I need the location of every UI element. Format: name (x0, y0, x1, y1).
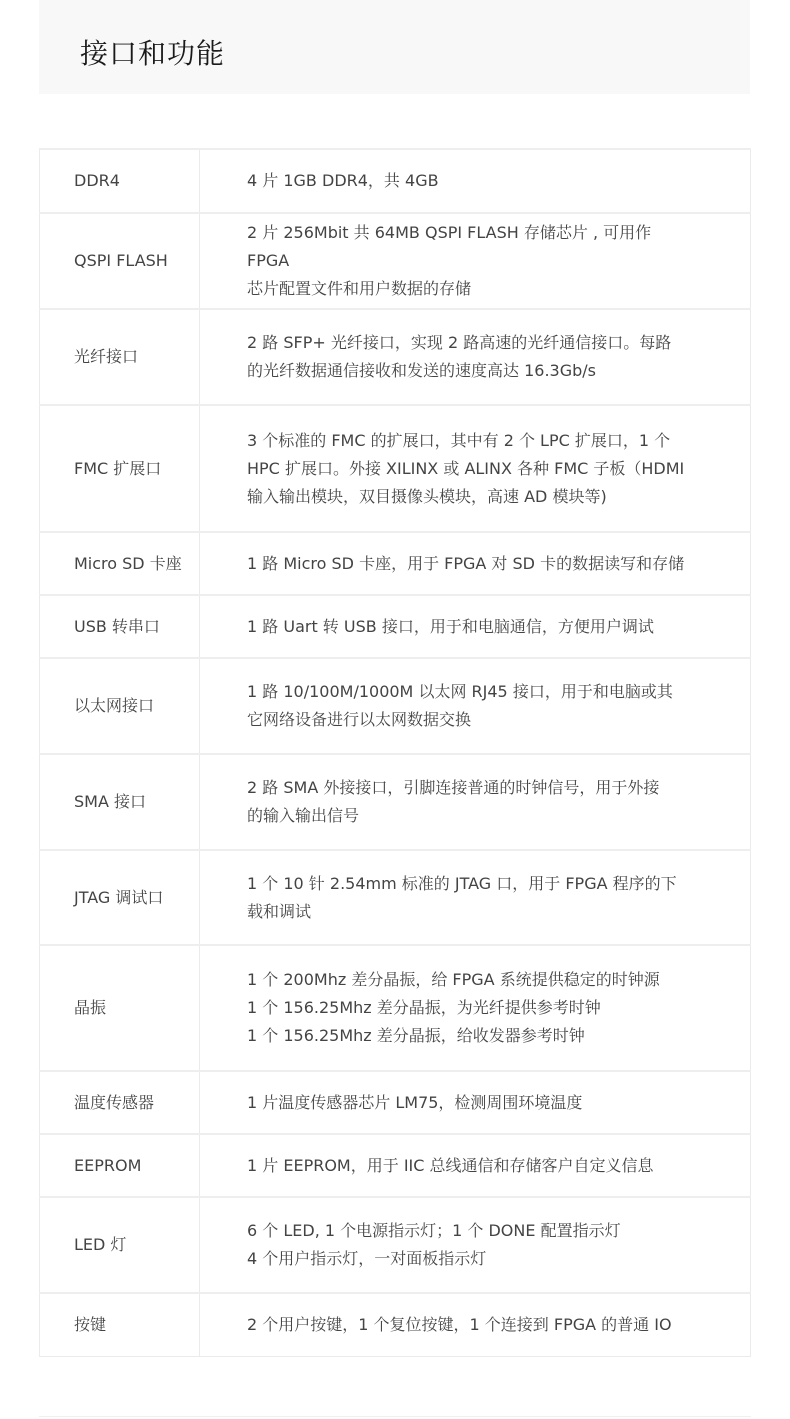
description-line: HPC 扩展口。外接 XILINX 或 ALINX 各种 FMC 子板（HDMI (247, 455, 690, 483)
row-label: USB 转串口 (40, 595, 200, 658)
row-label: Micro SD 卡座 (40, 532, 200, 595)
description-line: 2 个用户按键，1 个复位按键，1 个连接到 FPGA 的普通 IO (247, 1311, 690, 1339)
description-line: 1 路 Micro SD 卡座，用于 FPGA 对 SD 卡的数据读写和存储 (247, 550, 690, 578)
table-row: 晶振1 个 200Mhz 差分晶振，给 FPGA 系统提供稳定的时钟源1 个 1… (40, 945, 751, 1071)
description-line: 3 个标准的 FMC 的扩展口，其中有 2 个 LPC 扩展口，1 个 (247, 427, 690, 455)
description-line: 的光纤数据通信接收和发送的速度高达 16.3Gb/s (247, 357, 690, 385)
row-label: 按键 (40, 1293, 200, 1356)
description-line: 输入输出模块，双目摄像头模块，高速 AD 模块等) (247, 483, 690, 511)
description-line: 2 路 SFP+ 光纤接口，实现 2 路高速的光纤通信接口。每路 (247, 329, 690, 357)
table-row: EEPROM1 片 EEPROM，用于 IIC 总线通信和存储客户自定义信息 (40, 1134, 751, 1197)
row-description: 1 路 Micro SD 卡座，用于 FPGA 对 SD 卡的数据读写和存储 (200, 532, 751, 595)
description-line: 4 个用户指示灯，一对面板指示灯 (247, 1245, 690, 1273)
table-row: QSPI FLASH2 片 256Mbit 共 64MB QSPI FLASH … (40, 213, 751, 309)
row-description: 1 片温度传感器芯片 LM75，检测周围环境温度 (200, 1071, 751, 1134)
description-line: 1 个 156.25Mhz 差分晶振，给收发器参考时钟 (247, 1022, 690, 1050)
description-line: 1 片温度传感器芯片 LM75，检测周围环境温度 (247, 1089, 690, 1117)
table-row: 光纤接口2 路 SFP+ 光纤接口，实现 2 路高速的光纤通信接口。每路的光纤数… (40, 309, 751, 405)
description-line: 芯片配置文件和用户数据的存储 (247, 275, 690, 303)
row-label: QSPI FLASH (40, 213, 200, 309)
description-line: 4 片 1GB DDR4，共 4GB (247, 167, 690, 195)
row-description: 1 路 10/100M/1000M 以太网 RJ45 接口，用于和电脑或其它网络… (200, 658, 751, 754)
spec-table: DDR44 片 1GB DDR4，共 4GBQSPI FLASH2 片 256M… (39, 148, 751, 1357)
table-row: SMA 接口2 路 SMA 外接接口，引脚连接普通的时钟信号，用于外接的输入输出… (40, 754, 751, 850)
description-line: 1 个 156.25Mhz 差分晶振，为光纤提供参考时钟 (247, 994, 690, 1022)
section-header: 接口和功能 (39, 0, 750, 94)
row-label: EEPROM (40, 1134, 200, 1197)
row-description: 1 片 EEPROM，用于 IIC 总线通信和存储客户自定义信息 (200, 1134, 751, 1197)
description-line: 1 路 10/100M/1000M 以太网 RJ45 接口，用于和电脑或其 (247, 678, 690, 706)
description-line: 1 个 200Mhz 差分晶振，给 FPGA 系统提供稳定的时钟源 (247, 966, 690, 994)
description-line: 的输入输出信号 (247, 802, 690, 830)
table-row: Micro SD 卡座1 路 Micro SD 卡座，用于 FPGA 对 SD … (40, 532, 751, 595)
description-line: 6 个 LED, 1 个电源指示灯；1 个 DONE 配置指示灯 (247, 1217, 690, 1245)
table-row: USB 转串口1 路 Uart 转 USB 接口，用于和电脑通信，方便用户调试 (40, 595, 751, 658)
row-description: 2 片 256Mbit 共 64MB QSPI FLASH 存储芯片 , 可用作… (200, 213, 751, 309)
row-label: LED 灯 (40, 1197, 200, 1293)
row-label: JTAG 调试口 (40, 850, 200, 945)
description-line: 2 路 SMA 外接接口，引脚连接普通的时钟信号，用于外接 (247, 774, 690, 802)
row-label: 温度传感器 (40, 1071, 200, 1134)
row-description: 1 个 200Mhz 差分晶振，给 FPGA 系统提供稳定的时钟源1 个 156… (200, 945, 751, 1071)
table-row: 温度传感器1 片温度传感器芯片 LM75，检测周围环境温度 (40, 1071, 751, 1134)
row-description: 6 个 LED, 1 个电源指示灯；1 个 DONE 配置指示灯4 个用户指示灯… (200, 1197, 751, 1293)
row-description: 1 个 10 针 2.54mm 标准的 JTAG 口，用于 FPGA 程序的下载… (200, 850, 751, 945)
row-label: FMC 扩展口 (40, 405, 200, 532)
description-line: 1 个 10 针 2.54mm 标准的 JTAG 口，用于 FPGA 程序的下 (247, 870, 690, 898)
row-label: 光纤接口 (40, 309, 200, 405)
table-row: JTAG 调试口1 个 10 针 2.54mm 标准的 JTAG 口，用于 FP… (40, 850, 751, 945)
row-description: 2 路 SMA 外接接口，引脚连接普通的时钟信号，用于外接的输入输出信号 (200, 754, 751, 850)
row-description: 2 个用户按键，1 个复位按键，1 个连接到 FPGA 的普通 IO (200, 1293, 751, 1356)
row-description: 1 路 Uart 转 USB 接口，用于和电脑通信，方便用户调试 (200, 595, 751, 658)
table-row: DDR44 片 1GB DDR4，共 4GB (40, 149, 751, 213)
section-title: 接口和功能 (80, 36, 225, 72)
description-line: 2 片 256Mbit 共 64MB QSPI FLASH 存储芯片 , 可用作… (247, 219, 690, 275)
table-row: 按键2 个用户按键，1 个复位按键，1 个连接到 FPGA 的普通 IO (40, 1293, 751, 1356)
row-label: SMA 接口 (40, 754, 200, 850)
description-line: 它网络设备进行以太网数据交换 (247, 706, 690, 734)
description-line: 1 片 EEPROM，用于 IIC 总线通信和存储客户自定义信息 (247, 1152, 690, 1180)
divider (39, 1416, 751, 1417)
row-description: 4 片 1GB DDR4，共 4GB (200, 149, 751, 213)
description-line: 载和调试 (247, 898, 690, 926)
row-description: 2 路 SFP+ 光纤接口，实现 2 路高速的光纤通信接口。每路的光纤数据通信接… (200, 309, 751, 405)
row-label: DDR4 (40, 149, 200, 213)
table-row: FMC 扩展口3 个标准的 FMC 的扩展口，其中有 2 个 LPC 扩展口，1… (40, 405, 751, 532)
row-description: 3 个标准的 FMC 的扩展口，其中有 2 个 LPC 扩展口，1 个HPC 扩… (200, 405, 751, 532)
table-row: LED 灯6 个 LED, 1 个电源指示灯；1 个 DONE 配置指示灯4 个… (40, 1197, 751, 1293)
row-label: 以太网接口 (40, 658, 200, 754)
row-label: 晶振 (40, 945, 200, 1071)
description-line: 1 路 Uart 转 USB 接口，用于和电脑通信，方便用户调试 (247, 613, 690, 641)
table-row: 以太网接口1 路 10/100M/1000M 以太网 RJ45 接口，用于和电脑… (40, 658, 751, 754)
